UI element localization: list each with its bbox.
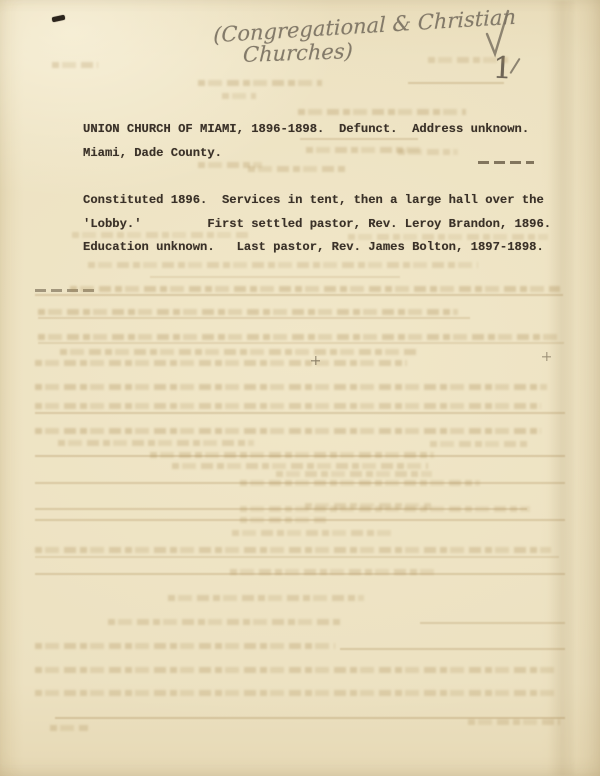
- bleed-through-cross: [311, 356, 320, 365]
- pencil-number-mark: 1: [492, 54, 513, 85]
- bleed-through-mark: [172, 463, 428, 469]
- bleed-through-mark: [88, 262, 478, 268]
- bleed-through-mark: [240, 480, 480, 486]
- bleed-through-dashes: [35, 289, 95, 292]
- bleed-through-rule: [408, 82, 504, 84]
- bleed-through-mark: [248, 166, 348, 172]
- bleed-through-mark: [35, 667, 557, 673]
- bleed-through-mark: [35, 360, 407, 366]
- bleed-through-mark: [52, 62, 98, 68]
- bleed-through-mark: [306, 147, 424, 153]
- bleed-through-mark: [168, 595, 364, 601]
- bleed-through-mark: [72, 232, 252, 238]
- handwritten-annotation-line1: (Congregational & Christian: [213, 5, 516, 48]
- bleed-through-mark: [38, 334, 560, 340]
- bleed-through-mark: [222, 93, 256, 99]
- handwritten-annotation-line2: Churches): [243, 39, 354, 67]
- bleed-through-mark: [240, 506, 530, 512]
- bleed-through-rule: [35, 412, 565, 414]
- document-page: (Congregational & Christian Churches) 1 …: [0, 0, 600, 776]
- bleed-through-rule: [35, 482, 565, 484]
- bleed-through-rule: [35, 294, 563, 296]
- bleed-through-dashes: [478, 161, 534, 164]
- bleed-through-rule: [340, 648, 565, 650]
- bleed-through-rule: [150, 276, 400, 278]
- bleed-through-mark: [58, 440, 254, 446]
- bleed-through-rule: [35, 573, 565, 575]
- bleed-through-mark: [198, 162, 262, 168]
- page-edge-shadow: [548, 0, 574, 776]
- bleed-through-mark: [305, 503, 431, 509]
- bleed-through-mark: [108, 619, 340, 625]
- bleed-through-mark: [35, 428, 541, 434]
- bleed-through-mark: [35, 403, 541, 409]
- typed-heading-line2: Miami, Dade County.: [83, 146, 222, 161]
- bleed-through-mark: [50, 725, 88, 731]
- typed-body-line1: Constituted 1896. Services in tent, then…: [83, 193, 544, 208]
- typed-body-line2: 'Lobby.' First settled pastor, Rev. Lero…: [83, 217, 551, 232]
- bleed-through-mark: [70, 286, 560, 292]
- bleed-through-mark: [35, 643, 335, 649]
- bleed-through-mark: [468, 719, 560, 725]
- bleed-through-mark: [38, 309, 458, 315]
- bleed-through-mark: [240, 517, 330, 523]
- bleed-through-mark: [398, 149, 458, 155]
- bleed-through-mark: [430, 441, 530, 447]
- bleed-through-mark: [35, 690, 557, 696]
- bleed-through-mark: [198, 80, 322, 86]
- bleed-through-rule: [35, 455, 565, 457]
- bleed-through-rule: [300, 138, 418, 140]
- bleed-through-mark: [150, 452, 434, 458]
- bleed-through-mark: [298, 109, 466, 115]
- ink-smudge-mark: [52, 15, 66, 23]
- typed-heading-line1: UNION CHURCH OF MIAMI, 1896-1898. Defunc…: [83, 122, 529, 137]
- bleed-through-rule: [38, 342, 564, 344]
- bleed-through-rule: [35, 508, 527, 510]
- bleed-through-mark: [35, 547, 551, 553]
- bleed-through-rule: [420, 622, 565, 624]
- bleed-through-rule: [35, 556, 559, 558]
- bleed-through-mark: [35, 384, 547, 390]
- bleed-through-mark: [232, 530, 392, 536]
- typed-body-line3: Education unknown. Last pastor, Rev. Jam…: [83, 240, 544, 255]
- bleed-through-rule: [38, 317, 470, 319]
- bleed-through-mark: [60, 349, 416, 355]
- bleed-through-mark: [276, 471, 432, 477]
- bleed-through-rule: [55, 717, 565, 719]
- bleed-through-rule: [35, 519, 565, 521]
- bleed-through-mark: [230, 569, 435, 575]
